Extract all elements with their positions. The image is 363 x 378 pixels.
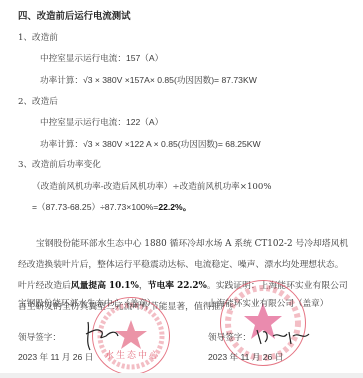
conclusion-line-2: 经改造换装叶片后，整体运行平稳震动达标、电流稳定、噪声、漂水均处理想状态。: [18, 255, 353, 276]
conclusion-line-3-pre: 叶片经改造后: [18, 281, 71, 291]
airflow-increase: 风量提高 10.1%: [71, 281, 139, 291]
before-current: 中控室显示运行电流：157（A）: [40, 52, 163, 64]
change-result-prefix: =（87.73-68.25）÷87.73×100%=: [32, 202, 158, 212]
power-saving-rate: 节电率 22.2%: [148, 281, 207, 291]
before-power-label: 功率计算：: [40, 76, 83, 86]
left-org-label: 宝钢股份能环部水生态中心（盖章）: [18, 297, 156, 309]
before-power-formula: √3 × 380V ×157A× 0.85(功因因数)= 87.73KW: [83, 75, 257, 85]
after-power: 功率计算：√3 × 380V ×122 A × 0.85(功因因数)= 68.2…: [40, 138, 261, 150]
right-date: 2023 年 11 月 26 日: [208, 351, 283, 363]
conclusion-separator: ，: [139, 281, 148, 291]
change-result-value: 22.2%。: [158, 202, 191, 212]
left-signature-icon: [82, 318, 122, 354]
conclusion-line-1: 宝钢股份能环部水生态中心 1880 循环冷却水场 A 系统 CT102-2 号冷…: [18, 234, 353, 255]
right-leader-label: 领导签字：: [208, 331, 251, 343]
after-power-formula: √3 × 380V ×122 A × 0.85(功因因数)= 68.25KW: [83, 139, 261, 149]
change-heading: 3、改造前后功率变化: [18, 158, 101, 170]
change-formula: （改造前风机功率-改造后风机功率）÷改造前风机功率×100%: [32, 180, 272, 192]
left-leader-label: 领导签字：: [18, 331, 61, 343]
after-heading: 2、改造后: [18, 95, 58, 107]
before-current-label: 中控室显示运行电流：: [40, 54, 126, 64]
after-current: 中控室显示运行电流：122（A）: [40, 116, 163, 128]
after-power-label: 功率计算：: [40, 140, 83, 150]
right-org-label: 上海能环实业有限公司（盖章）: [208, 297, 328, 309]
before-power: 功率计算：√3 × 380V ×157A× 0.85(功因因数)= 87.73K…: [40, 74, 257, 86]
after-current-value: 122（A）: [126, 117, 163, 127]
right-signature-icon: [253, 326, 313, 348]
change-result: =（87.73-68.25）÷87.73×100%=22.2%。: [32, 201, 191, 213]
section-title: 四、改造前后运行电流测试: [18, 8, 131, 22]
page-bottom-band: [0, 373, 363, 378]
after-current-label: 中控室显示运行电流：: [40, 118, 126, 128]
before-current-value: 157（A）: [126, 53, 163, 63]
before-heading: 1、改造前: [18, 31, 58, 43]
